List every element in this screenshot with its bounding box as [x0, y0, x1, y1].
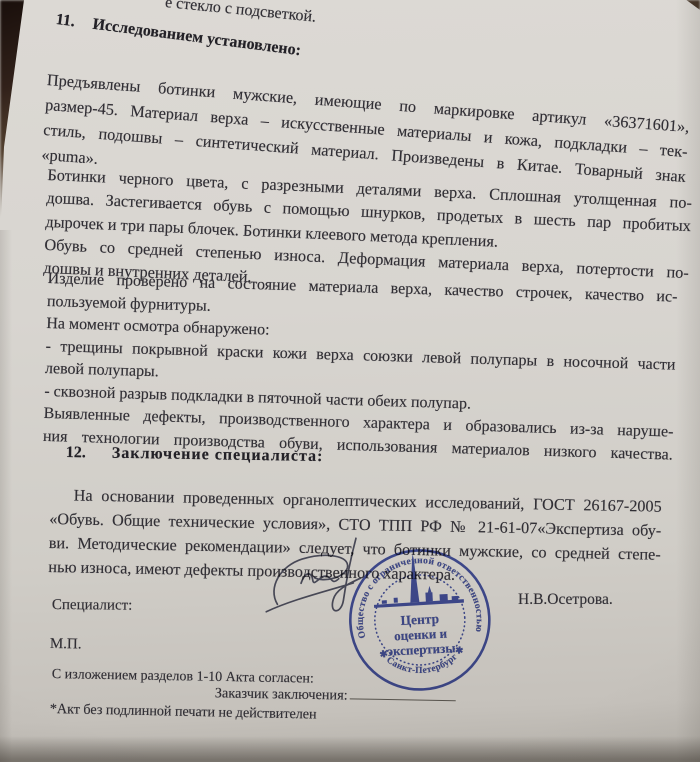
section-title: Заключение специалиста:: [112, 445, 324, 465]
customer-label: Заказчик заключения:: [215, 685, 348, 703]
previous-section-fragment: е стекло с подсветкой.: [164, 0, 317, 27]
section-number: 12.: [66, 444, 86, 461]
paragraph-inspection-findings: Изделие проверено на состояние материала…: [43, 268, 678, 467]
expert-name: Н.В.Осетрова.: [518, 591, 613, 609]
signature-handwriting: [252, 526, 422, 637]
photo-bottom-shadow: [0, 736, 700, 762]
specialist-label: Специалист:: [52, 597, 133, 615]
paper-shade-right: [676, 0, 700, 762]
seal-place-mark: М.П.: [50, 636, 82, 653]
act-page: е стекло с подсветкой. 11.Исследованием …: [0, 0, 700, 762]
validity-note: *Акт без подлинной печати не действителе…: [50, 701, 317, 724]
section-number: 11.: [55, 11, 76, 30]
document-photo: е стекло с подсветкой. 11.Исследованием …: [0, 0, 700, 762]
stamp-center-line3: экспертизы: [387, 640, 456, 659]
section-heading-12: 12.Заключение специалиста:: [66, 444, 324, 466]
paper-shade-left: [0, 230, 12, 762]
